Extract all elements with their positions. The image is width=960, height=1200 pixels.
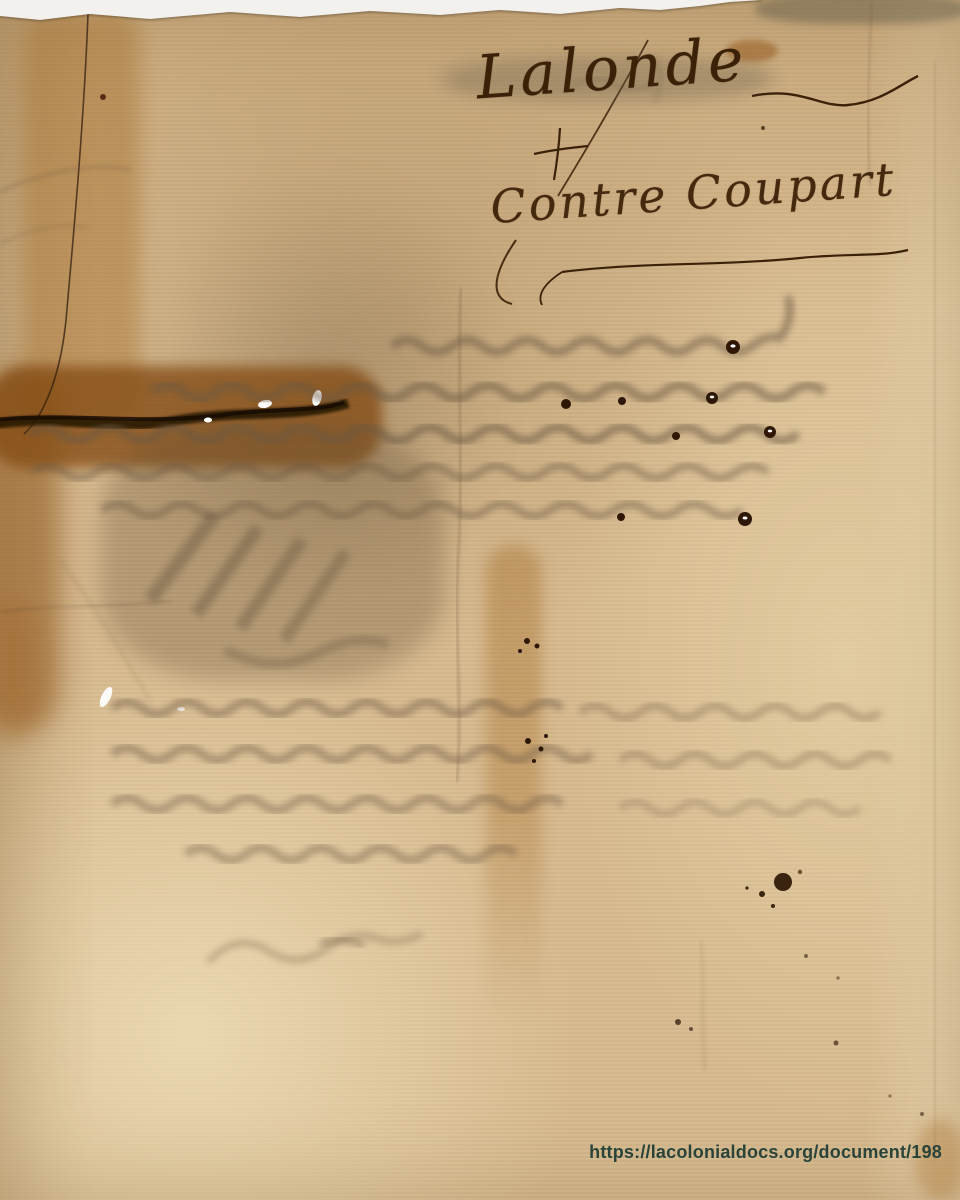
creases xyxy=(0,0,960,1160)
ink-blobs xyxy=(518,340,776,763)
bleedthrough-writing-upper xyxy=(30,296,824,664)
manuscript-paper: Lalonde Contre Coupart https://lacolonia… xyxy=(0,0,960,1200)
ink-and-crease-layer xyxy=(0,0,960,1200)
document-scan: Lalonde Contre Coupart https://lacolonia… xyxy=(0,0,960,1200)
cross-mark-vertical xyxy=(554,128,560,180)
archive-url-watermark: https://lacolonialdocs.org/document/198 xyxy=(589,1142,942,1163)
pen-flourishes xyxy=(497,40,918,305)
ink-blot xyxy=(774,873,792,891)
torn-edge xyxy=(0,0,762,20)
case-underline-swash xyxy=(562,250,908,272)
cross-mark-horizontal xyxy=(534,146,588,154)
stain-ink-core xyxy=(0,402,348,424)
